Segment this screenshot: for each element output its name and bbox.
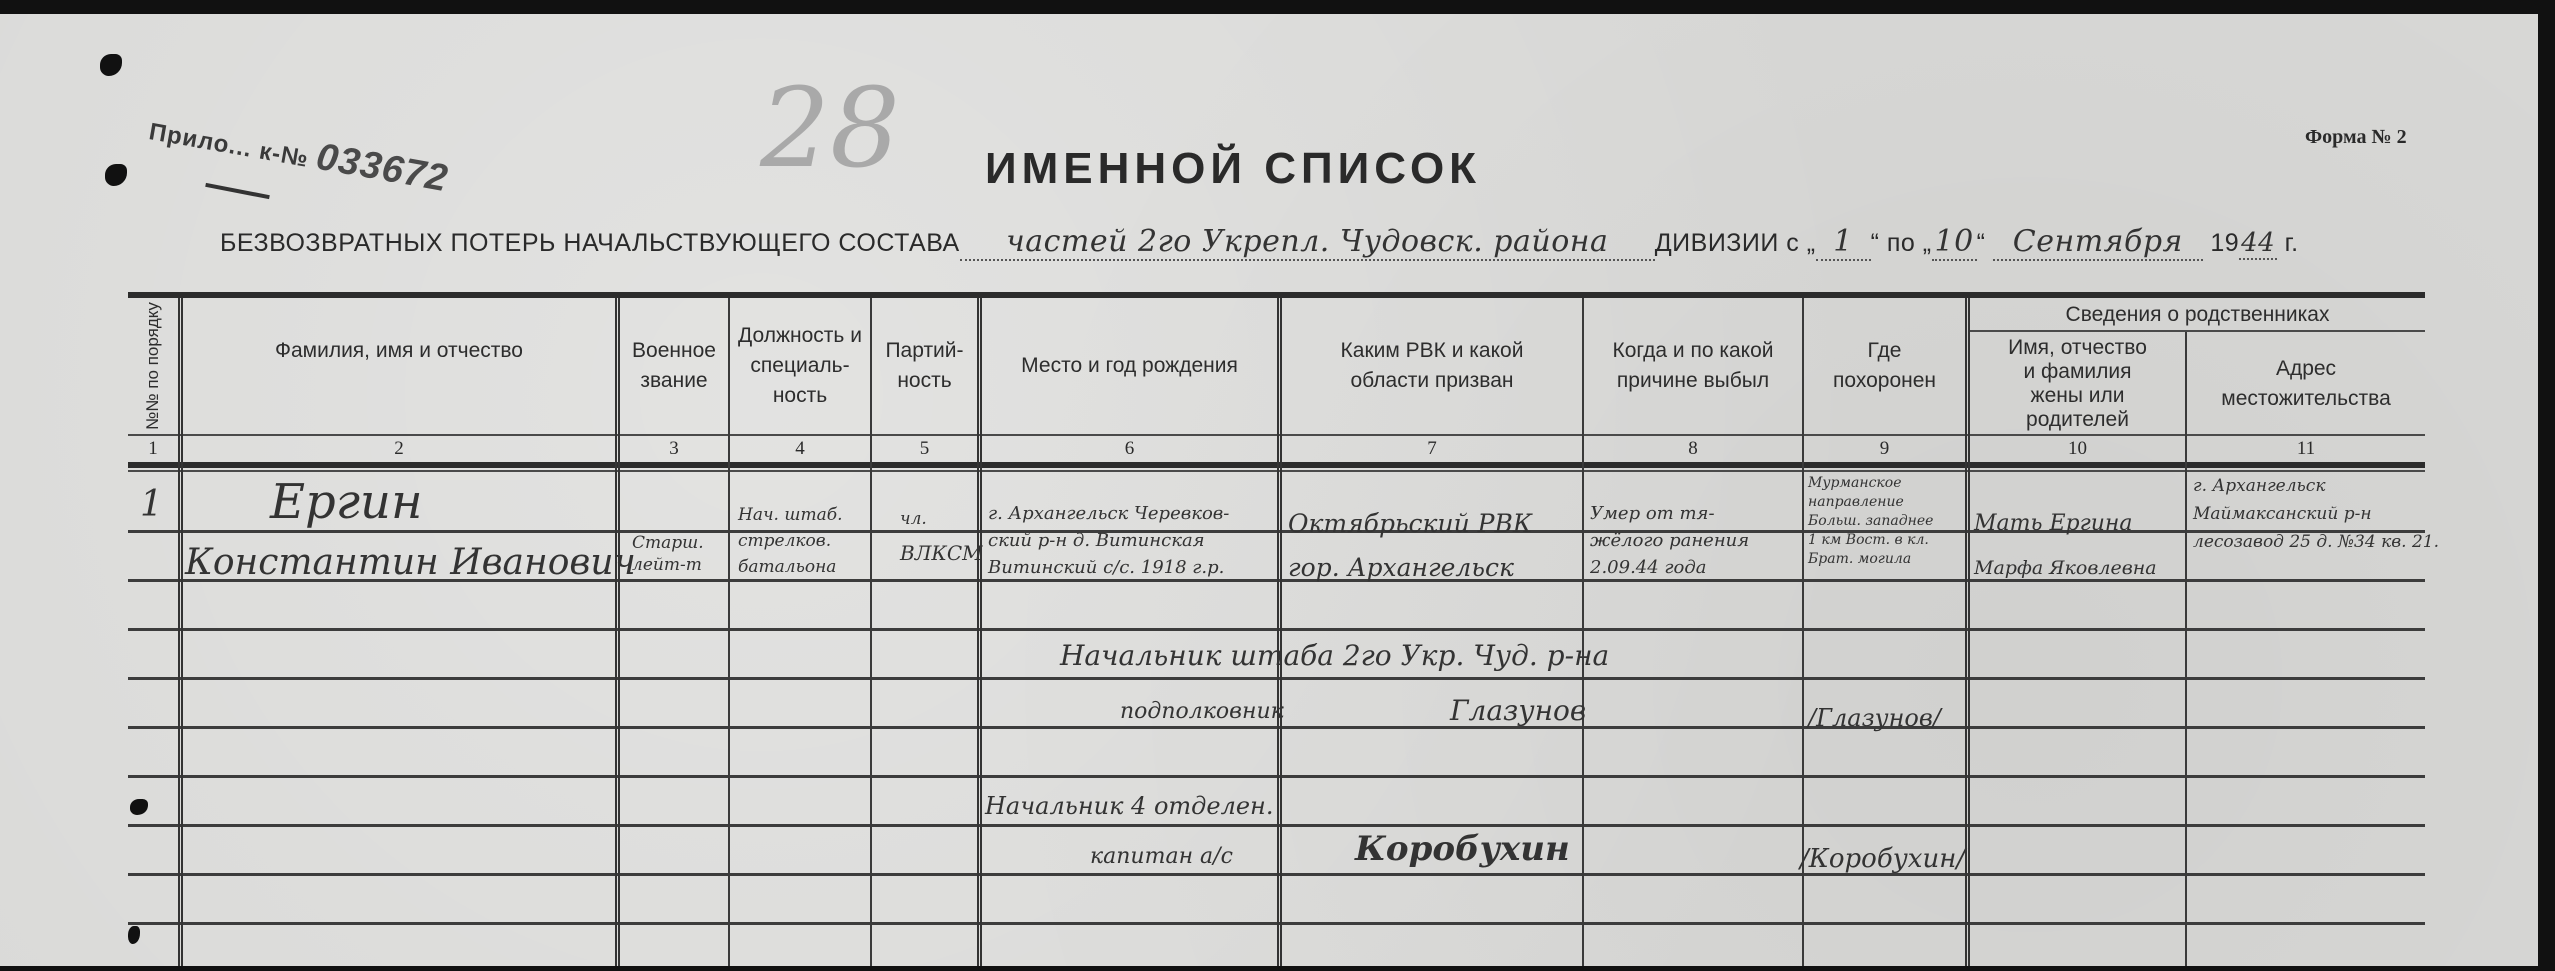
burial-line: направление bbox=[1808, 493, 1933, 512]
year-label: г. bbox=[2285, 229, 2299, 257]
party: чл. ВЛКСМ bbox=[900, 502, 983, 570]
header-row-number: №№ по порядку bbox=[128, 298, 178, 434]
header-label: Каким РВК и какой области призван bbox=[1322, 336, 1542, 396]
rvk-line: гор. Архангельск bbox=[1288, 546, 1532, 590]
punch-hole bbox=[130, 799, 148, 815]
column-number: 1 bbox=[128, 438, 178, 460]
punch-hole bbox=[128, 926, 140, 944]
header-rvk: Каким РВК и какой области призван bbox=[1282, 298, 1582, 434]
header-label: Имя, отчество и фамилия жены или родител… bbox=[2005, 336, 2150, 432]
to-day-field: 10 bbox=[1932, 224, 1977, 261]
reason-line: жёлого ранения bbox=[1590, 527, 1749, 554]
burial: Мурманское направление Больш. западнее 1… bbox=[1808, 474, 1933, 569]
header-birthplace: Место и год рождения bbox=[982, 298, 1277, 434]
signature-name: /Глазунов/ bbox=[1808, 704, 1941, 732]
column-number: 4 bbox=[730, 438, 870, 460]
header-label: Партий-ность bbox=[872, 336, 977, 396]
party-line: ВЛКСМ bbox=[900, 536, 983, 570]
rvk: Октябрьский РВК гор. Архангельск bbox=[1288, 502, 1532, 590]
subtitle-prefix: БЕЗВОЗВРАТНЫХ ПОТЕРЬ НАЧАЛЬСТВУЮЩЕГО СОС… bbox=[220, 229, 960, 257]
position: Нач. штаб. стрелков. батальона bbox=[738, 502, 842, 580]
relative: Мать Ергина Марфа Яковлевна bbox=[1974, 502, 2157, 590]
header-reason: Когда и по какой причине выбыл bbox=[1584, 298, 1802, 434]
rank: Старш. лейт-т bbox=[632, 532, 704, 576]
signature-name: /Коробухин/ bbox=[1800, 844, 1965, 874]
burial-line: Мурманское bbox=[1808, 474, 1933, 493]
header-label: Адрес местожительства bbox=[2217, 354, 2395, 414]
subtitle: БЕЗВОЗВРАТНЫХ ПОТЕРЬ НАЧАЛЬСТВУЮЩЕГО СОС… bbox=[220, 224, 2299, 261]
burial-line: 1 км Вост. в кл. bbox=[1808, 531, 1933, 550]
header-relatives-group: Сведения о родственниках bbox=[1970, 298, 2425, 332]
rank-line: Старш. bbox=[632, 532, 704, 554]
birthplace-line: ский р-н д. Витинская bbox=[988, 527, 1229, 554]
reason-line: 2.09.44 года bbox=[1590, 554, 1749, 581]
unit-field: частей 2го Укрепл. Чудовск. района bbox=[960, 224, 1655, 261]
form-number: Форма № 2 bbox=[2305, 126, 2407, 149]
header-rank: Военное звание bbox=[620, 298, 728, 434]
reason-line: Умер от тя- bbox=[1590, 500, 1749, 527]
header-party: Партий-ность bbox=[872, 298, 977, 434]
header-position: Должность и специаль-ность bbox=[730, 298, 870, 434]
row-index: 1 bbox=[140, 484, 163, 525]
column-number: 8 bbox=[1584, 438, 1802, 460]
column-number: 2 bbox=[183, 438, 615, 460]
position-line: стрелков. bbox=[738, 528, 842, 554]
address-line: г. Архангельск bbox=[2193, 472, 2439, 500]
signature-title: Начальник 4 отделен. bbox=[985, 792, 1274, 820]
first-and-patronymic: Константин Иванович bbox=[185, 542, 636, 583]
birthplace-line: Витинский с/с. 1918 г.р. bbox=[988, 554, 1229, 581]
signature: Глазунов bbox=[1450, 694, 1586, 727]
document-page: Прило... к-№ 033672 28 ИМЕННОЙ СПИСОК Фо… bbox=[0, 14, 2538, 966]
position-line: Нач. штаб. bbox=[738, 502, 842, 528]
header-burial: Где похоронен bbox=[1804, 298, 1965, 434]
header-label: Где похоронен bbox=[1833, 336, 1936, 396]
relative-line: Марфа Яковлевна bbox=[1974, 546, 2157, 590]
stamp-label: Прило... к-№ bbox=[147, 118, 311, 173]
year-suffix-field: 44 bbox=[2239, 228, 2277, 260]
punch-hole bbox=[100, 54, 122, 76]
burial-line: Больш. западнее bbox=[1808, 512, 1933, 531]
column-number: 10 bbox=[1970, 438, 2185, 460]
column-number: 5 bbox=[872, 438, 977, 460]
burial-line: Брат. могила bbox=[1808, 550, 1933, 569]
header-label: Место и год рождения bbox=[1021, 351, 1238, 381]
column-number: 9 bbox=[1804, 438, 1965, 460]
signature-rank: подполковник bbox=[1120, 699, 1284, 724]
from-day-field: 1 bbox=[1816, 224, 1871, 261]
column-number: 3 bbox=[620, 438, 728, 460]
header-label: Должность и специаль-ность bbox=[730, 321, 870, 411]
archive-stamp: Прило... к-№ 033672 bbox=[146, 106, 451, 201]
relative-line: Мать Ергина bbox=[1974, 502, 2157, 546]
surname: Ергин bbox=[270, 474, 423, 530]
rvk-line: Октябрьский РВК bbox=[1288, 502, 1532, 546]
column-number: 6 bbox=[982, 438, 1277, 460]
header-label: Военное звание bbox=[620, 336, 728, 396]
stamp-number: 033672 bbox=[313, 136, 451, 200]
birthplace: г. Архангельск Черевков- ский р-н д. Вит… bbox=[988, 500, 1229, 581]
header-full-name: Фамилия, имя и отчество bbox=[183, 298, 615, 434]
signature: Коробухин bbox=[1355, 829, 1570, 869]
month-field: Сентября bbox=[1993, 224, 2203, 261]
header-relative-name: Имя, отчество и фамилия жены или родител… bbox=[1970, 334, 2185, 434]
year-prefix: 19 bbox=[2210, 229, 2239, 257]
stamp-underline bbox=[205, 183, 270, 199]
header-label: Фамилия, имя и отчество bbox=[275, 336, 523, 366]
position-line: батальона bbox=[738, 554, 842, 580]
address-line: Маймаксанский р-н bbox=[2193, 500, 2439, 528]
header-label: Когда и по какой причине выбыл bbox=[1604, 336, 1782, 396]
party-line: чл. bbox=[900, 502, 983, 536]
column-number: 11 bbox=[2187, 438, 2425, 460]
page-number-pencil: 28 bbox=[760, 64, 900, 192]
punch-hole bbox=[105, 164, 127, 186]
page-title: ИМЕННОЙ СПИСОК bbox=[985, 144, 1481, 194]
to-label: по bbox=[1887, 229, 1915, 257]
signature-title: Начальник штаба 2го Укр. Чуд. р-на bbox=[1060, 639, 1609, 672]
rank-line: лейт-т bbox=[632, 554, 704, 576]
signature-rank: капитан а/с bbox=[1090, 844, 1233, 869]
reason: Умер от тя- жёлого ранения 2.09.44 года bbox=[1590, 500, 1749, 581]
unit-handwritten: частей 2го Укрепл. Чудовск. района bbox=[1006, 224, 1608, 259]
address-line: лесозавод 25 д. №34 кв. 21. bbox=[2193, 528, 2439, 556]
division-label: ДИВИЗИИ с bbox=[1655, 229, 1800, 257]
column-number: 7 bbox=[1282, 438, 1582, 460]
header-label: №№ по порядку bbox=[143, 302, 163, 430]
header-address: Адрес местожительства bbox=[2187, 334, 2425, 434]
birthplace-line: г. Архангельск Черевков- bbox=[988, 500, 1229, 527]
header-label: Сведения о родственниках bbox=[2066, 300, 2330, 330]
address: г. Архангельск Маймаксанский р-н лесозав… bbox=[2193, 472, 2439, 556]
